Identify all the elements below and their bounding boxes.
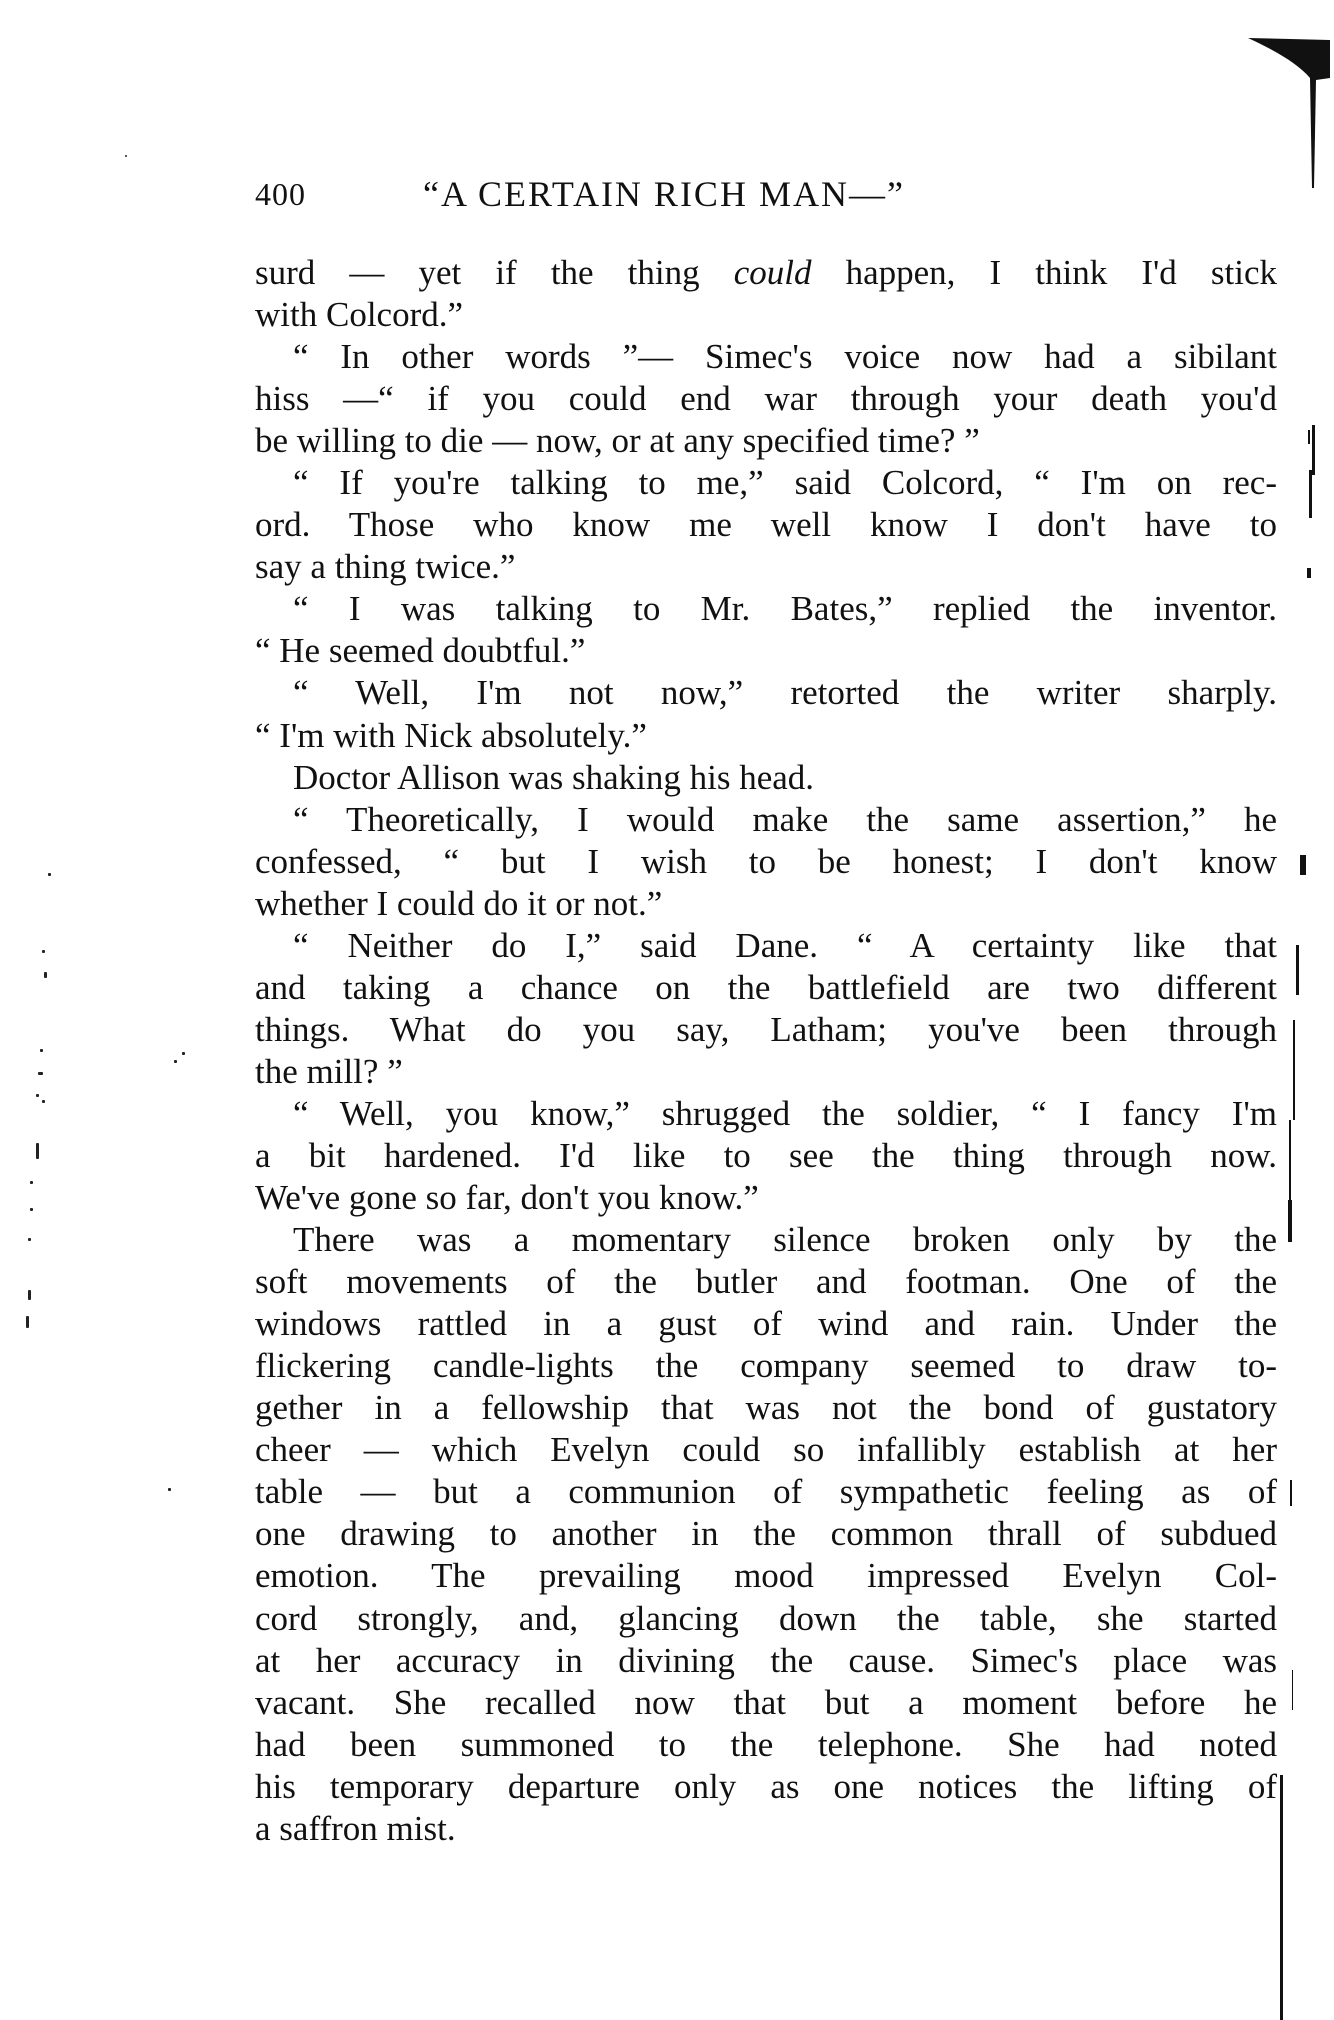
- text-line: “ In other words ”— Simec's voice now ha…: [255, 336, 1277, 378]
- margin-speck: [174, 1060, 177, 1063]
- text-line: with Colcord.”: [255, 294, 1277, 336]
- margin-speck: [28, 1238, 31, 1241]
- margin-speck: [44, 972, 47, 978]
- text-line: and taking a chance on the battlefield a…: [255, 967, 1277, 1009]
- text-line: table — but a communion of sympathetic f…: [255, 1471, 1277, 1513]
- text-line: things. What do you say, Latham; you've …: [255, 1009, 1277, 1051]
- italic-emphasis: could: [734, 253, 812, 292]
- margin-mark: [1309, 470, 1312, 518]
- text-line: “ He seemed doubtful.”: [255, 630, 1277, 672]
- text-line: windows rattled in a gust of wind and ra…: [255, 1303, 1277, 1345]
- text-line: cheer — which Evelyn could so infallibly…: [255, 1429, 1277, 1471]
- text-line: hiss —“ if you could end war through you…: [255, 378, 1277, 420]
- text-line: his temporary departure only as one noti…: [255, 1766, 1277, 1808]
- text-line: a bit hardened. I'd like to see the thin…: [255, 1135, 1277, 1177]
- margin-mark: [1280, 1775, 1283, 2020]
- margin-speck: [28, 1290, 31, 1300]
- margin-mark: [1289, 1120, 1291, 1200]
- margin-speck: [30, 1208, 33, 1211]
- margin-speck: [42, 950, 45, 953]
- running-head: 400 “A CERTAIN RICH MAN—”: [255, 172, 1275, 216]
- text-line: surd — yet if the thing could happen, I …: [255, 252, 1277, 294]
- text-line: vacant. She recalled now that but a mome…: [255, 1682, 1277, 1724]
- margin-mark: [1312, 425, 1315, 475]
- margin-speck: [36, 1094, 39, 1097]
- margin-speck: [168, 1488, 171, 1491]
- text-line: had been summoned to the telephone. She …: [255, 1724, 1277, 1766]
- body-text: surd — yet if the thing could happen, I …: [255, 252, 1277, 1850]
- text-line: at her accuracy in divining the cause. S…: [255, 1640, 1277, 1682]
- text-line: Doctor Allison was shaking his head.: [255, 757, 1277, 799]
- text-line: “ I was talking to Mr. Bates,” replied t…: [255, 588, 1277, 630]
- text-line: emotion. The prevailing mood impressed E…: [255, 1555, 1277, 1597]
- text-line: confessed, “ but I wish to be honest; I …: [255, 841, 1277, 883]
- text-line: gether in a fellowship that was not the …: [255, 1387, 1277, 1429]
- margin-speck: [42, 1100, 45, 1103]
- text-line: cord strongly, and, glancing down the ta…: [255, 1598, 1277, 1640]
- text-line: say a thing twice.”: [255, 546, 1277, 588]
- text-line: “ Neither do I,” said Dane. “ A certaint…: [255, 925, 1277, 967]
- text-line: “ Theoretically, I would make the same a…: [255, 799, 1277, 841]
- text-line: “ If you're talking to me,” said Colcord…: [255, 462, 1277, 504]
- running-title: “A CERTAIN RICH MAN—”: [423, 172, 905, 216]
- margin-mark: [1290, 1480, 1292, 1506]
- margin-mark: [1300, 855, 1306, 875]
- text-line: whether I could do it or not.”: [255, 883, 1277, 925]
- page-number: 400: [255, 172, 306, 216]
- book-page: 400 “A CERTAIN RICH MAN—” surd — yet if …: [0, 0, 1334, 2020]
- margin-speck: [30, 1181, 33, 1184]
- margin-mark: [1296, 945, 1299, 995]
- margin-speck: [36, 1143, 39, 1159]
- text-line: ord. Those who know me well know I don't…: [255, 504, 1277, 546]
- margin-mark: [1308, 430, 1310, 444]
- text-line: flickering candle-lights the company see…: [255, 1345, 1277, 1387]
- margin-speck: [182, 1052, 185, 1055]
- text-line: “ Well, you know,” shrugged the soldier,…: [255, 1093, 1277, 1135]
- text-line: the mill? ”: [255, 1051, 1277, 1093]
- margin-mark: [1307, 568, 1311, 578]
- text-line: be willing to die — now, or at any speci…: [255, 420, 1277, 462]
- corner-crop-mark-icon: [1248, 38, 1330, 198]
- text-line: There was a momentary silence broken onl…: [255, 1219, 1277, 1261]
- margin-mark: [1293, 1020, 1295, 1120]
- margin-speck: [26, 1316, 29, 1328]
- margin-mark: [1288, 1200, 1292, 1242]
- text-line: “ I'm with Nick absolutely.”: [255, 715, 1277, 757]
- text-line: a saffron mist.: [255, 1808, 1277, 1850]
- margin-speck: [40, 1049, 43, 1052]
- text-line: We've gone so far, don't you know.”: [255, 1177, 1277, 1219]
- text-line: “ Well, I'm not now,” retorted the write…: [255, 672, 1277, 714]
- margin-speck: [125, 155, 127, 157]
- text-line: one drawing to another in the common thr…: [255, 1513, 1277, 1555]
- text-line: soft movements of the butler and footman…: [255, 1261, 1277, 1303]
- margin-mark: [1292, 1670, 1293, 1710]
- margin-speck: [48, 873, 51, 876]
- margin-speck: [38, 1072, 43, 1075]
